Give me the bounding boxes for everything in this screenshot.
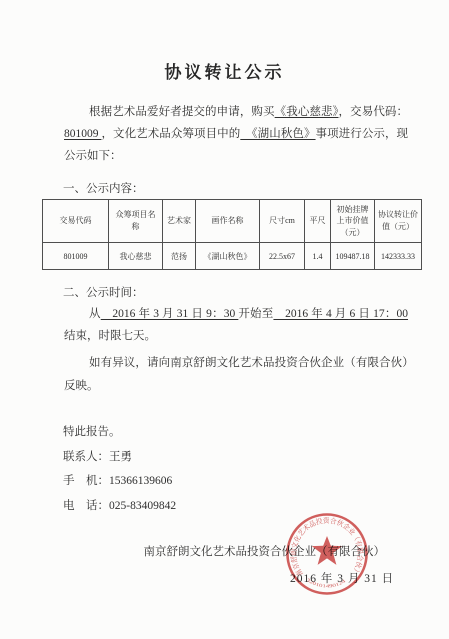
contact-person-line: 联系人：王勇: [63, 445, 176, 470]
closing-line: 特此报告。: [63, 420, 176, 445]
transaction-code-underlined: 801009: [64, 128, 101, 140]
table-header-cell: 众筹项目名称: [109, 200, 163, 243]
announcement-table: 交易代码 众筹项目名称 艺术家 画作名称 尺寸cm 平尺 初始挂牌上市价值（元）…: [42, 199, 422, 270]
svg-text:320101490124: 320101490124: [306, 577, 348, 589]
table-data-cell: 1.4: [305, 243, 331, 270]
closing-block: 特此报告。 联系人：王勇 手 机：15366139606 电 话：025-834…: [63, 420, 176, 518]
phone-line: 电 话：025-83409842: [63, 494, 176, 519]
time-text-2: 开始至: [238, 308, 273, 320]
intro-text-3: ，文化艺术品众筹项目中的: [101, 128, 240, 140]
table-data-cell: 范扬: [163, 243, 196, 270]
section-heading-content: 一、公示内容：: [63, 180, 144, 196]
time-paragraph: 从 2016 年 3 月 31 日 9：30 开始至 2016 年 4 月 6 …: [64, 303, 408, 347]
table-header-cell: 平尺: [305, 200, 331, 243]
table-data-cell: 22.5x67: [260, 243, 305, 270]
table-header-cell: 初始挂牌上市价值（元）: [331, 200, 375, 243]
table-row: 801009 我心慈悲 范扬 《湖山秋色》 22.5x67 1.4 109487…: [43, 243, 422, 270]
end-time-underlined: 2016 年 4 月 6 日 17：00: [273, 308, 408, 320]
start-time-underlined: 2016 年 3 月 31 日 9：30: [101, 308, 239, 320]
section-heading-time: 二、公示时间：: [63, 284, 144, 300]
table-data-cell: 142333.33: [375, 243, 422, 270]
table-header-row: 交易代码 众筹项目名称 艺术家 画作名称 尺寸cm 平尺 初始挂牌上市价值（元）…: [43, 200, 422, 243]
table-header-cell: 协议转让价值（元）: [375, 200, 422, 243]
seal-serial-number: 320101490124: [306, 577, 348, 589]
intro-text-2: ，交易代码：: [339, 106, 409, 118]
time-text-3: 结束，时限七天。: [64, 330, 156, 342]
intro-paragraph: 根据艺术品爱好者提交的申请，购买《我心慈悲》，交易代码：801009 ，文化艺术…: [64, 101, 408, 167]
table-data-cell: 我心慈悲: [109, 243, 163, 270]
intro-text-1: 根据艺术品爱好者提交的申请，购买: [89, 106, 275, 118]
company-seal-stamp: 南京舒朗文化艺术品投资合伙企业（有限合伙） 320101490124: [284, 511, 370, 597]
table-header-cell: 画作名称: [196, 200, 260, 243]
artwork-name-1-underlined: 《我心慈悲》: [275, 106, 339, 118]
table-data-cell: 《湖山秋色》: [196, 243, 260, 270]
time-text-1: 从: [89, 308, 101, 320]
table-header-cell: 艺术家: [163, 200, 196, 243]
table-header-cell: 尺寸cm: [260, 200, 305, 243]
announcement-table-wrap: 交易代码 众筹项目名称 艺术家 画作名称 尺寸cm 平尺 初始挂牌上市价值（元）…: [42, 199, 421, 270]
page-title: 协议转让公示: [0, 58, 449, 83]
table-data-cell: 801009: [43, 243, 109, 270]
table-header-cell: 交易代码: [43, 200, 109, 243]
objection-paragraph: 如有异议，请向南京舒朗文化艺术品投资合伙企业（有限合伙）反映。: [64, 352, 408, 397]
document-page: 协议转让公示 根据艺术品爱好者提交的申请，购买《我心慈悲》，交易代码：80100…: [0, 0, 449, 639]
artwork-name-2-underlined: 《湖山秋色》: [240, 128, 315, 140]
seal-star-icon: [312, 536, 342, 565]
mobile-line: 手 机：15366139606: [63, 469, 176, 494]
table-data-cell: 109487.18: [331, 243, 375, 270]
